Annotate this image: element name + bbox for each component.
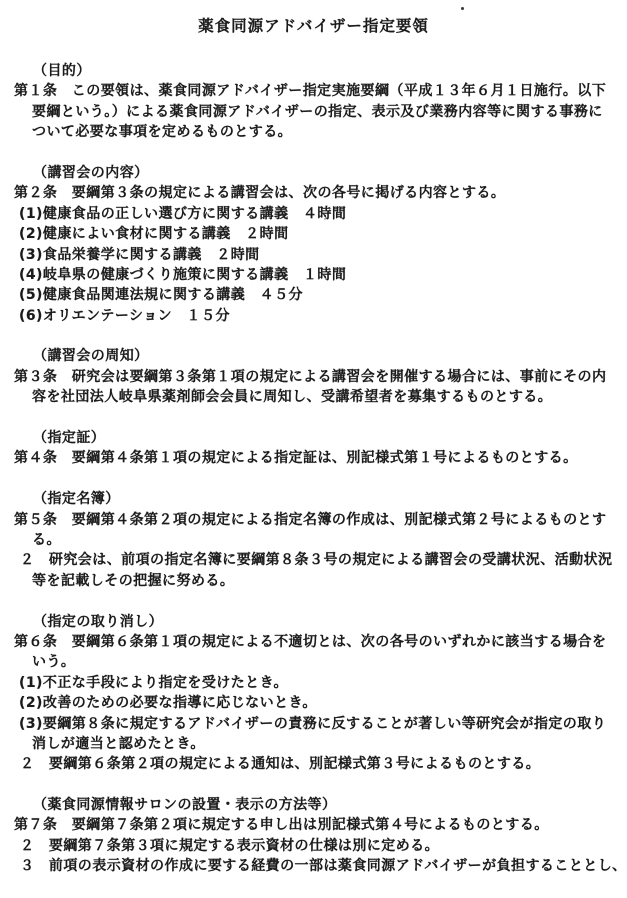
doc-line-cont: る。	[32, 530, 627, 550]
doc-line-item: (1)健康食品の正しい選び方に関する講義 ４時間	[19, 204, 627, 224]
document-body: （目的）第１条 この要領は、薬食同源アドバイザー指定実施要綱（平成１３年６月１日…	[0, 37, 627, 877]
doc-line-heading: （講習会の内容）	[33, 163, 627, 183]
doc-line-heading: （目的）	[33, 61, 627, 81]
doc-line-cont: 容を社団法人岐阜県薬剤師会会員に周知し、受講希望者を募集するものとする。	[32, 387, 627, 407]
doc-line-item: (6)オリエンテーション １５分	[19, 306, 627, 326]
doc-line-article: 第２条 要綱第３条の規定による講習会は、次の各号に掲げる内容とする。	[14, 183, 627, 203]
doc-line-heading: （指定証）	[33, 428, 627, 448]
doc-line-article: 第７条 要綱第７条第２項に規定する申し出は別記様式第４号によるものとする。	[14, 815, 627, 835]
scan-speck	[324, 218, 326, 220]
doc-line-num: ２ 要綱第７条第３項に規定する表示資材の仕様は別に定める。	[20, 836, 627, 856]
doc-line-cont: 等を記載しその把握に努める。	[32, 571, 627, 591]
doc-line-item: (2)健康によい食材に関する講義 ２時間	[19, 224, 627, 244]
doc-line-article: 第３条 研究会は要綱第３条第１項の規定による講習会を開催する場合には、事前にその…	[14, 367, 627, 387]
doc-line-num: ２ 研究会は、前項の指定名簿に要綱第８条３号の規定による講習会の受講状況、活動状…	[20, 550, 627, 570]
doc-line-cont: 消しが適当と認めたとき。	[32, 734, 627, 754]
doc-line-cont: いう。	[32, 652, 627, 672]
doc-line-heading: （指定の取り消し）	[33, 612, 627, 632]
doc-line-item: (3)要綱第８条に規定するアドバイザーの責務に反することが著しい等研究会が指定の…	[19, 714, 627, 734]
doc-line-cont: 要綱という。）による薬食同源アドバイザーの指定、表示及び業務内容等に関する事務に	[32, 102, 627, 122]
scanned-document-page: 薬食同源アドバイザー指定要領 （目的）第１条 この要領は、薬食同源アドバイザー指…	[0, 0, 627, 898]
doc-line-article: 第１条 この要領は、薬食同源アドバイザー指定実施要綱（平成１３年６月１日施行。以…	[14, 81, 627, 101]
doc-line-cont: ついて必要な事項を定めるものとする。	[32, 122, 627, 142]
doc-line-article: 第４条 要綱第４条第１項の規定による指定証は、別記様式第１号によるものとする。	[14, 448, 627, 468]
doc-line-item: (3)食品栄養学に関する講義 ２時間	[19, 245, 627, 265]
doc-line-item: (5)健康食品関連法規に関する講義 ４５分	[19, 285, 627, 305]
doc-line-item: (1)不正な手段により指定を受けたとき。	[19, 673, 627, 693]
doc-line-heading: （講習会の周知）	[33, 346, 627, 366]
scan-speck	[461, 7, 464, 10]
doc-line-heading: （指定名簿）	[33, 489, 627, 509]
doc-line-article: 第６条 要綱第６条第１項の規定による不適切とは、次の各号のいずれかに該当する場合…	[14, 632, 627, 652]
doc-line-heading: （薬食同源情報サロンの設置・表示の方法等）	[33, 795, 627, 815]
doc-line-article: 第５条 要綱第４条第２項の規定による指定名簿の作成は、別記様式第２号によるものと…	[14, 510, 627, 530]
doc-line-item: (4)岐阜県の健康づくり施策に関する講義 １時間	[19, 265, 627, 285]
doc-line-num: ２ 要綱第６条第２項の規定による通知は、別記様式第３号によるものとする。	[20, 754, 627, 774]
document-title: 薬食同源アドバイザー指定要領	[0, 0, 627, 37]
doc-line-num: ３ 前項の表示資材の作成に要する経費の一部は薬食同源アドバイザーが負担することと…	[20, 856, 627, 876]
doc-line-item: (2)改善のための必要な指導に応じないとき。	[19, 693, 627, 713]
